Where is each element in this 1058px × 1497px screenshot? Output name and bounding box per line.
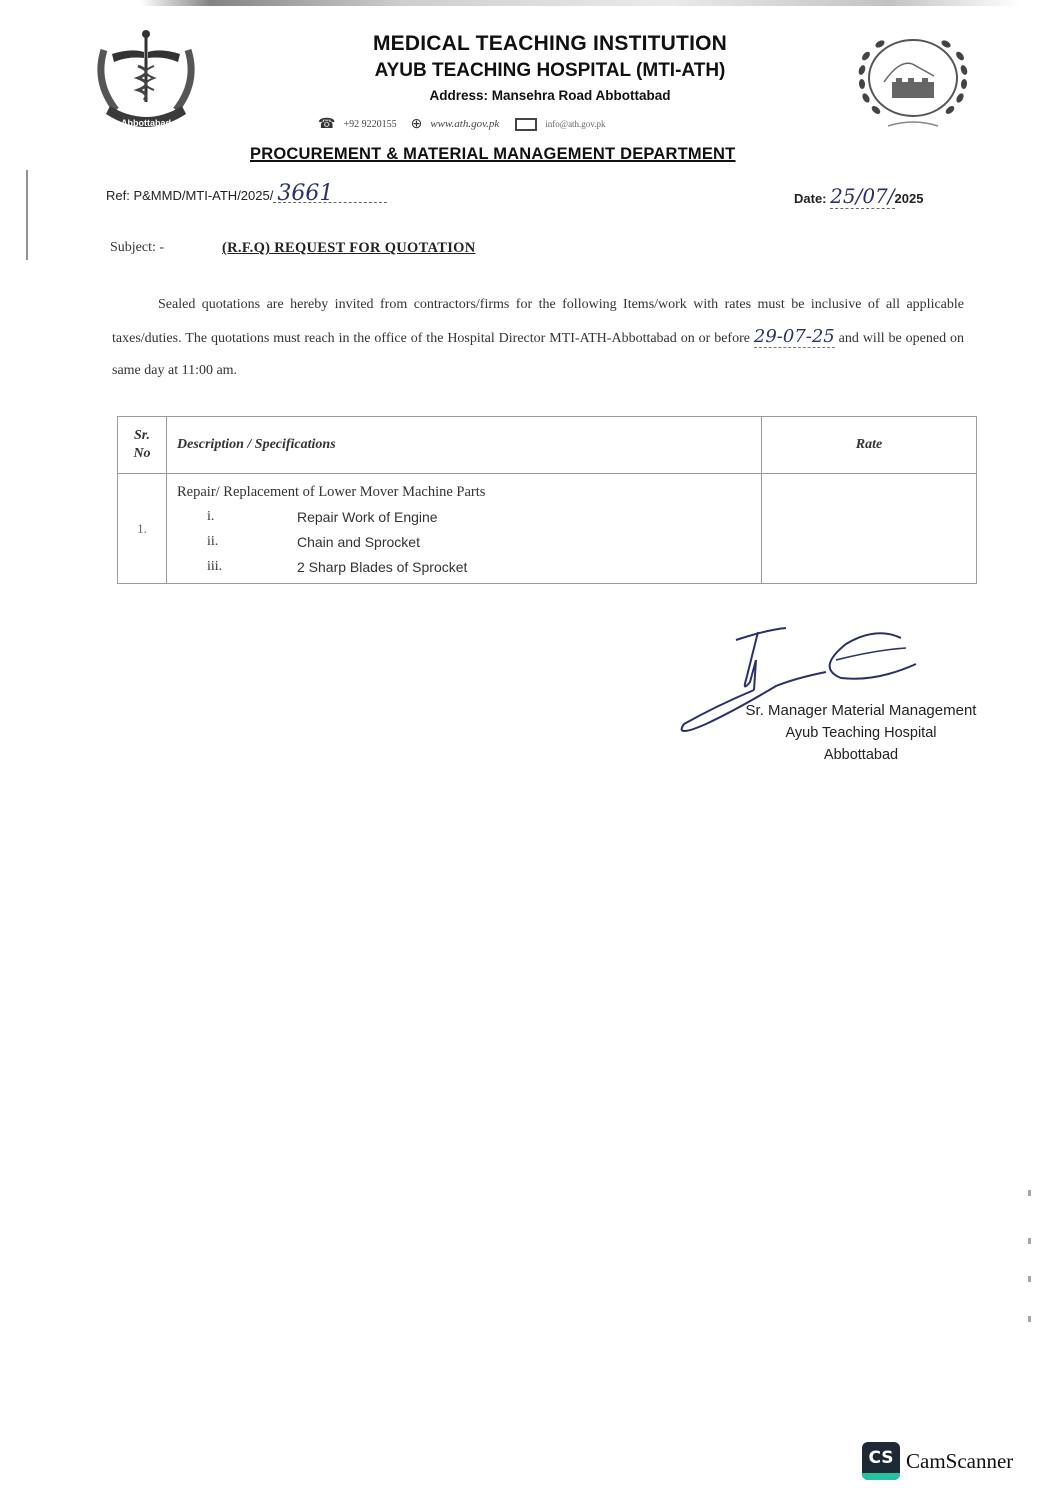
- globe-icon: ⊕: [411, 116, 423, 133]
- list-item: i. Repair Work of Engine: [177, 504, 751, 529]
- subject-label: Subject: -: [110, 240, 164, 256]
- signatory-city: Abbottabad: [736, 744, 986, 766]
- date-label: Date:: [794, 191, 827, 206]
- date-handwritten: 25/07/: [830, 184, 894, 209]
- table-header-row: Sr. No Description / Specifications Rate: [118, 417, 977, 474]
- signatory-title: Sr. Manager Material Management: [736, 700, 986, 722]
- department-title: PROCUREMENT & MATERIAL MANAGEMENT DEPART…: [250, 145, 735, 164]
- item-main-description: Repair/ Replacement of Lower Mover Machi…: [177, 480, 751, 504]
- date-line: Date: 25/07/2025: [794, 184, 923, 208]
- sub-item-numeral: iii.: [177, 559, 297, 575]
- signatory-organization: Ayub Teaching Hospital: [736, 722, 986, 744]
- camscanner-brand: CamScanner: [906, 1449, 1013, 1474]
- list-item: ii. Chain and Sprocket: [177, 529, 751, 554]
- mail-icon: [515, 118, 537, 131]
- header-sr-no: Sr. No: [118, 417, 167, 474]
- phone-icon: ☎: [318, 116, 335, 133]
- sub-item-numeral: i.: [177, 509, 297, 525]
- hospital-logo-caduceus-icon: Abbottabad: [86, 22, 206, 134]
- quotation-items-table: Sr. No Description / Specifications Rate…: [117, 416, 977, 584]
- sub-item-text: Repair Work of Engine: [297, 509, 438, 525]
- website-link[interactable]: www.ath.gov.pk: [430, 118, 499, 130]
- body-paragraph: Sealed quotations are hereby invited fro…: [112, 289, 964, 387]
- hospital-name: AYUB TEACHING HOSPITAL (MTI-ATH): [240, 60, 860, 82]
- email-link[interactable]: info@ath.gov.pk: [545, 119, 605, 129]
- reference-line: Ref: P&MMD/MTI-ATH/2025/3661: [106, 186, 387, 203]
- sub-item-numeral: ii.: [177, 534, 297, 550]
- row-sr-no: 1.: [118, 474, 167, 584]
- reference-number-handwritten: 3661: [273, 186, 387, 203]
- scan-edge-artifact: [26, 170, 28, 260]
- signatory-block: Sr. Manager Material Management Ayub Tea…: [736, 700, 986, 766]
- list-item: iii. 2 Sharp Blades of Sprocket: [177, 554, 751, 579]
- scan-edge-artifact: [140, 0, 1020, 6]
- sub-item-text: Chain and Sprocket: [297, 534, 420, 550]
- contact-line: ☎ +92 9220155 ⊕ www.ath.gov.pk info@ath.…: [318, 114, 605, 134]
- header-sr-line2: No: [133, 446, 150, 461]
- government-emblem-wreath-icon: [850, 26, 976, 136]
- table-row: 1. Repair/ Replacement of Lower Mover Ma…: [118, 474, 977, 584]
- institution-name: MEDICAL TEACHING INSTITUTION: [240, 32, 860, 56]
- svg-text:Abbottabad: Abbottabad: [121, 118, 171, 128]
- deadline-handwritten: 29-07-25: [754, 326, 835, 348]
- phone-number: +92 9220155: [343, 119, 396, 130]
- header-rate: Rate: [762, 417, 977, 474]
- header-description: Description / Specifications: [167, 417, 762, 474]
- row-rate: [762, 474, 977, 584]
- header-sr-line1: Sr.: [134, 428, 150, 443]
- hospital-address: Address: Mansehra Road Abbottabad: [240, 88, 860, 103]
- camscanner-watermark: CS CamScanner: [862, 1442, 1013, 1480]
- reference-label: Ref: P&MMD/MTI-ATH/2025/: [106, 188, 273, 203]
- row-description: Repair/ Replacement of Lower Mover Machi…: [167, 474, 762, 584]
- sub-item-text: 2 Sharp Blades of Sprocket: [297, 559, 467, 575]
- camscanner-logo-icon: CS: [862, 1442, 900, 1480]
- subject-title: (R.F.Q) REQUEST FOR QUOTATION: [222, 240, 476, 257]
- date-year: 2025: [895, 191, 924, 206]
